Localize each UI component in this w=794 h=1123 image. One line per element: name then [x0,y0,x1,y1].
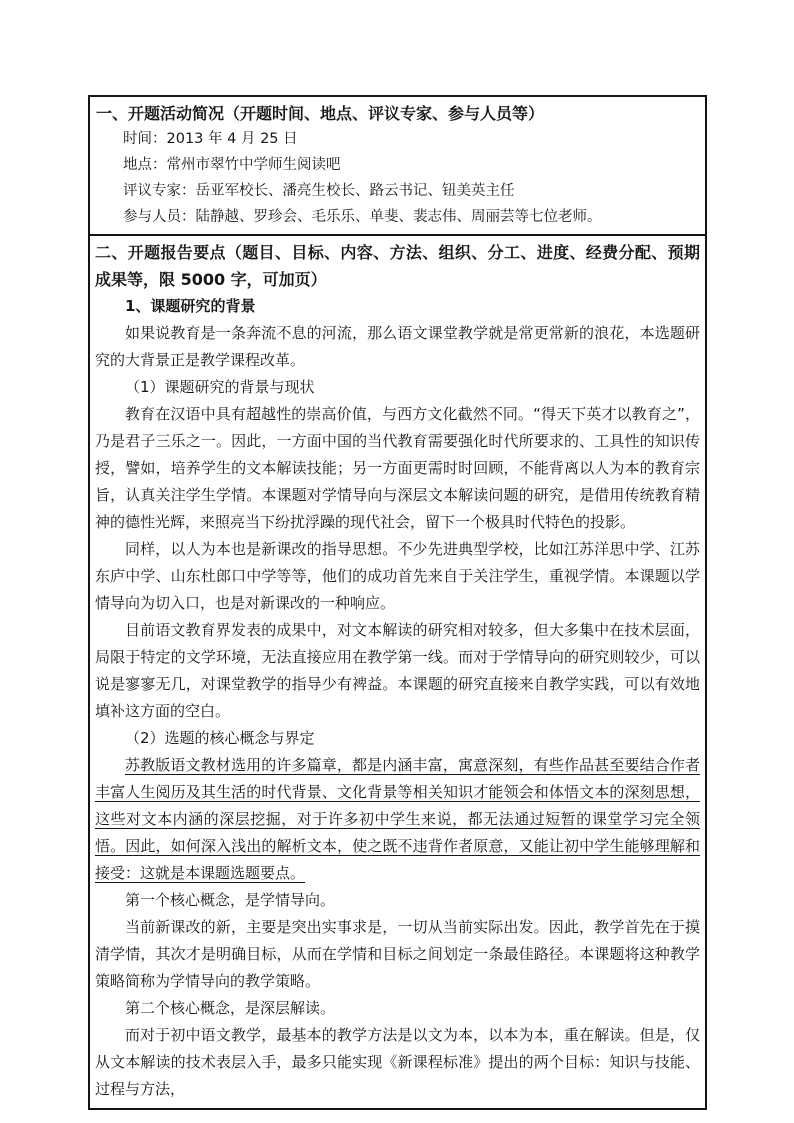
paragraph-topic-key-points-underlined: 苏教版语文教材选用的许多篇章，都是内涵丰富，寓意深刻，有些作品甚至要结合作者丰富… [95,752,700,887]
paragraph-education-value: 教育在汉语中具有超越性的崇高价值，与西方文化截然不同。“得天下英才以教育之”，乃… [95,401,700,536]
subheading-core-concepts: （2）选题的核心概念与界定 [95,725,700,752]
document-page: 一、开题活动简况（开题时间、地点、评议专家、参与人员等） 时间：2013 年 4… [0,0,794,1123]
review-experts: 评议专家：岳亚军校长、潘亮生校长、路云书记、钮美英主任 [96,178,700,204]
paragraph-deep-reading: 而对于初中语文教学，最基本的教学方法是以文为本，以本为本，重在解读。但是，仅从文… [95,1022,700,1103]
section-activity-overview: 一、开题活动简况（开题时间、地点、评议专家、参与人员等） 时间：2013 年 4… [90,97,705,236]
section-report-points: 二、开题报告要点（题目、目标、内容、方法、组织、分工、进度、经费分配、预期成果等… [90,236,705,1108]
opening-report-table: 一、开题活动简况（开题时间、地点、评议专家、参与人员等） 时间：2013 年 4… [88,95,707,1110]
paragraph-first-concept: 第一个核心概念，是学情导向。 [95,887,700,914]
section1-title: 一、开题活动简况（开题时间、地点、评议专家、参与人员等） [96,101,700,126]
activity-time: 时间：2013 年 4 月 25 日 [96,126,700,152]
paragraph-model-schools: 同样，以人为本也是新课改的指导思想。不少先进典型学校，比如江苏洋思中学、江苏东庐… [95,536,700,617]
subheading-research-background: 1、课题研究的背景 [95,293,700,320]
section2-title: 二、开题报告要点（题目、目标、内容、方法、组织、分工、进度、经费分配、预期成果等… [95,239,700,293]
participants: 参与人员：陆静越、罗珍会、毛乐乐、单斐、裴志伟、周丽芸等七位老师。 [96,204,700,230]
paragraph-second-concept: 第二个核心概念，是深层解读。 [95,995,700,1022]
subheading-background-status: （1）课题研究的背景与现状 [95,374,700,401]
activity-location: 地点：常州市翠竹中学师生阅读吧 [96,152,700,178]
paragraph-learning-orientation: 当前新课改的新，主要是突出实事求是，一切从当前实际出发。因此，教学首先在于摸清学… [95,914,700,995]
paragraph-background-intro: 如果说教育是一条奔流不息的河流，那么语文课堂教学就是常更常新的浪花，本选题研究的… [95,320,700,374]
paragraph-current-research-gap: 目前语文教育界发表的成果中，对文本解读的研究相对较多，但大多集中在技术层面，局限… [95,617,700,725]
